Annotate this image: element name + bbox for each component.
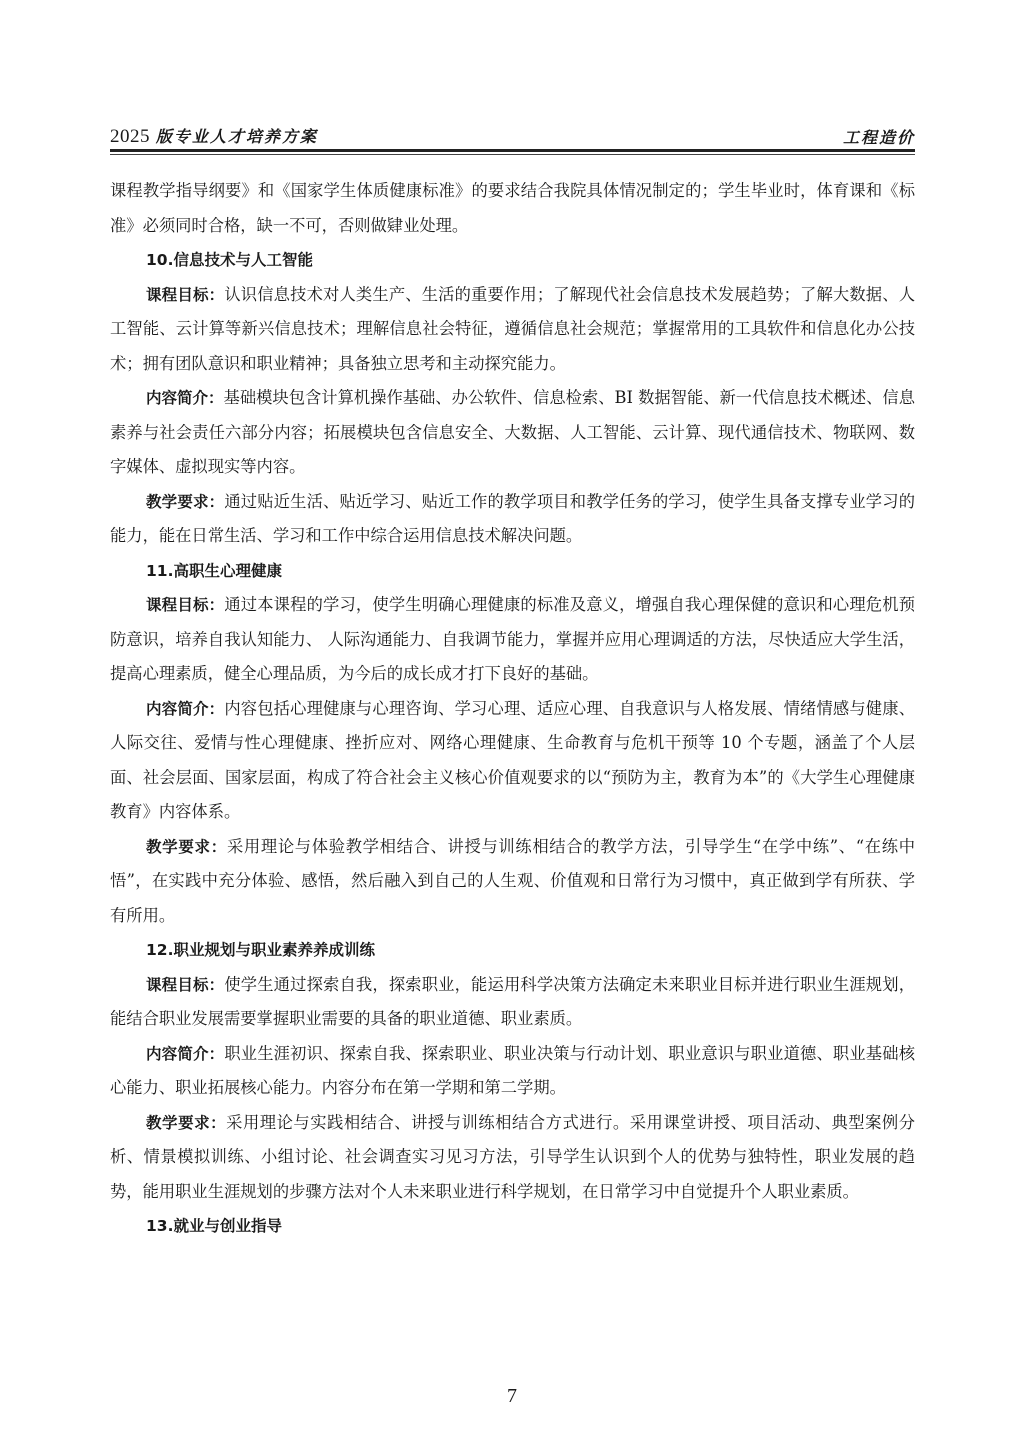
document-body: 课程教学指导纲要》和《国家学生体质健康标准》的要求结合我院具体情况制定的；学生毕… [110,174,915,1244]
teaching-requirement-text: 通过贴近生活、贴近学习、贴近工作的教学项目和教学任务的学习，使学生具备支撑专业学… [110,492,915,546]
course-goal-text: 通过本课程的学习，使学生明确心理健康的标准及意义，增强自我心理保健的意识和心理危… [110,595,915,683]
section-heading: 13.就业与创业指导 [110,1209,915,1244]
course-goal-label: 课程目标： [146,286,224,304]
teaching-requirement-text: 采用理论与体验教学相结合、讲授与训练相结合的教学方法，引导学生“在学中练”、“在… [110,837,915,925]
page-number: 7 [0,1385,1024,1408]
teaching-requirement-paragraph: 教学要求：通过贴近生活、贴近学习、贴近工作的教学项目和教学任务的学习，使学生具备… [110,485,915,554]
teaching-requirement-paragraph: 教学要求：采用理论与体验教学相结合、讲授与训练相结合的教学方法，引导学生“在学中… [110,830,915,934]
content-summary-label: 内容简介： [146,389,224,407]
content-summary-label: 内容简介： [146,700,224,718]
content-summary-text: 职业生涯初识、探索自我、探索职业、职业决策与行动计划、职业意识与职业道德、职业基… [110,1044,915,1098]
header-major: 工程造价 [843,125,915,148]
content-summary-paragraph: 内容简介：内容包括心理健康与心理咨询、学习心理、适应心理、自我意识与人格发展、情… [110,692,915,830]
page-header: 2025 版专业人才培养方案 工程造价 [110,124,915,148]
content-summary-text: 内容包括心理健康与心理咨询、学习心理、适应心理、自我意识与人格发展、情绪情感与健… [110,699,915,822]
course-goal-label: 课程目标： [146,596,224,614]
course-goal-label: 课程目标： [146,976,224,994]
teaching-requirement-label: 教学要求： [146,838,227,856]
section-heading: 12.职业规划与职业素养养成训练 [110,933,915,968]
section-heading: 11.高职生心理健康 [110,554,915,589]
header-year: 2025 [110,126,150,147]
teaching-requirement-text: 采用理论与实践相结合、讲授与训练相结合方式进行。采用课堂讲授、项目活动、典型案例… [110,1113,915,1201]
teaching-requirement-paragraph: 教学要求：采用理论与实践相结合、讲授与训练相结合方式进行。采用课堂讲授、项目活动… [110,1106,915,1210]
course-goal-paragraph: 课程目标：使学生通过探索自我，探索职业，能运用科学决策方法确定未来职业目标并进行… [110,968,915,1037]
content-summary-text: 基础模块包含计算机操作基础、办公软件、信息检索、BI 数据智能、新一代信息技术概… [110,388,915,476]
course-goal-text: 使学生通过探索自我，探索职业，能运用科学决策方法确定未来职业目标并进行职业生涯规… [110,975,915,1029]
header-rule-thick [110,149,915,152]
header-title: 版专业人才培养方案 [156,127,318,146]
section-heading: 10.信息技术与人工智能 [110,243,915,278]
teaching-requirement-label: 教学要求： [146,1114,226,1132]
course-goal-text: 认识信息技术对人类生产、生活的重要作用；了解现代社会信息技术发展趋势；了解大数据… [110,285,915,373]
content-summary-label: 内容简介： [146,1045,224,1063]
header-document-title: 2025 版专业人才培养方案 [110,124,318,148]
content-summary-paragraph: 内容简介：基础模块包含计算机操作基础、办公软件、信息检索、BI 数据智能、新一代… [110,381,915,485]
course-goal-paragraph: 课程目标：认识信息技术对人类生产、生活的重要作用；了解现代社会信息技术发展趋势；… [110,278,915,382]
header-rule-thin [110,154,915,155]
teaching-requirement-label: 教学要求： [146,493,224,511]
course-goal-paragraph: 课程目标：通过本课程的学习，使学生明确心理健康的标准及意义，增强自我心理保健的意… [110,588,915,692]
content-summary-paragraph: 内容简介：职业生涯初识、探索自我、探索职业、职业决策与行动计划、职业意识与职业道… [110,1037,915,1106]
intro-paragraph: 课程教学指导纲要》和《国家学生体质健康标准》的要求结合我院具体情况制定的；学生毕… [110,174,915,243]
